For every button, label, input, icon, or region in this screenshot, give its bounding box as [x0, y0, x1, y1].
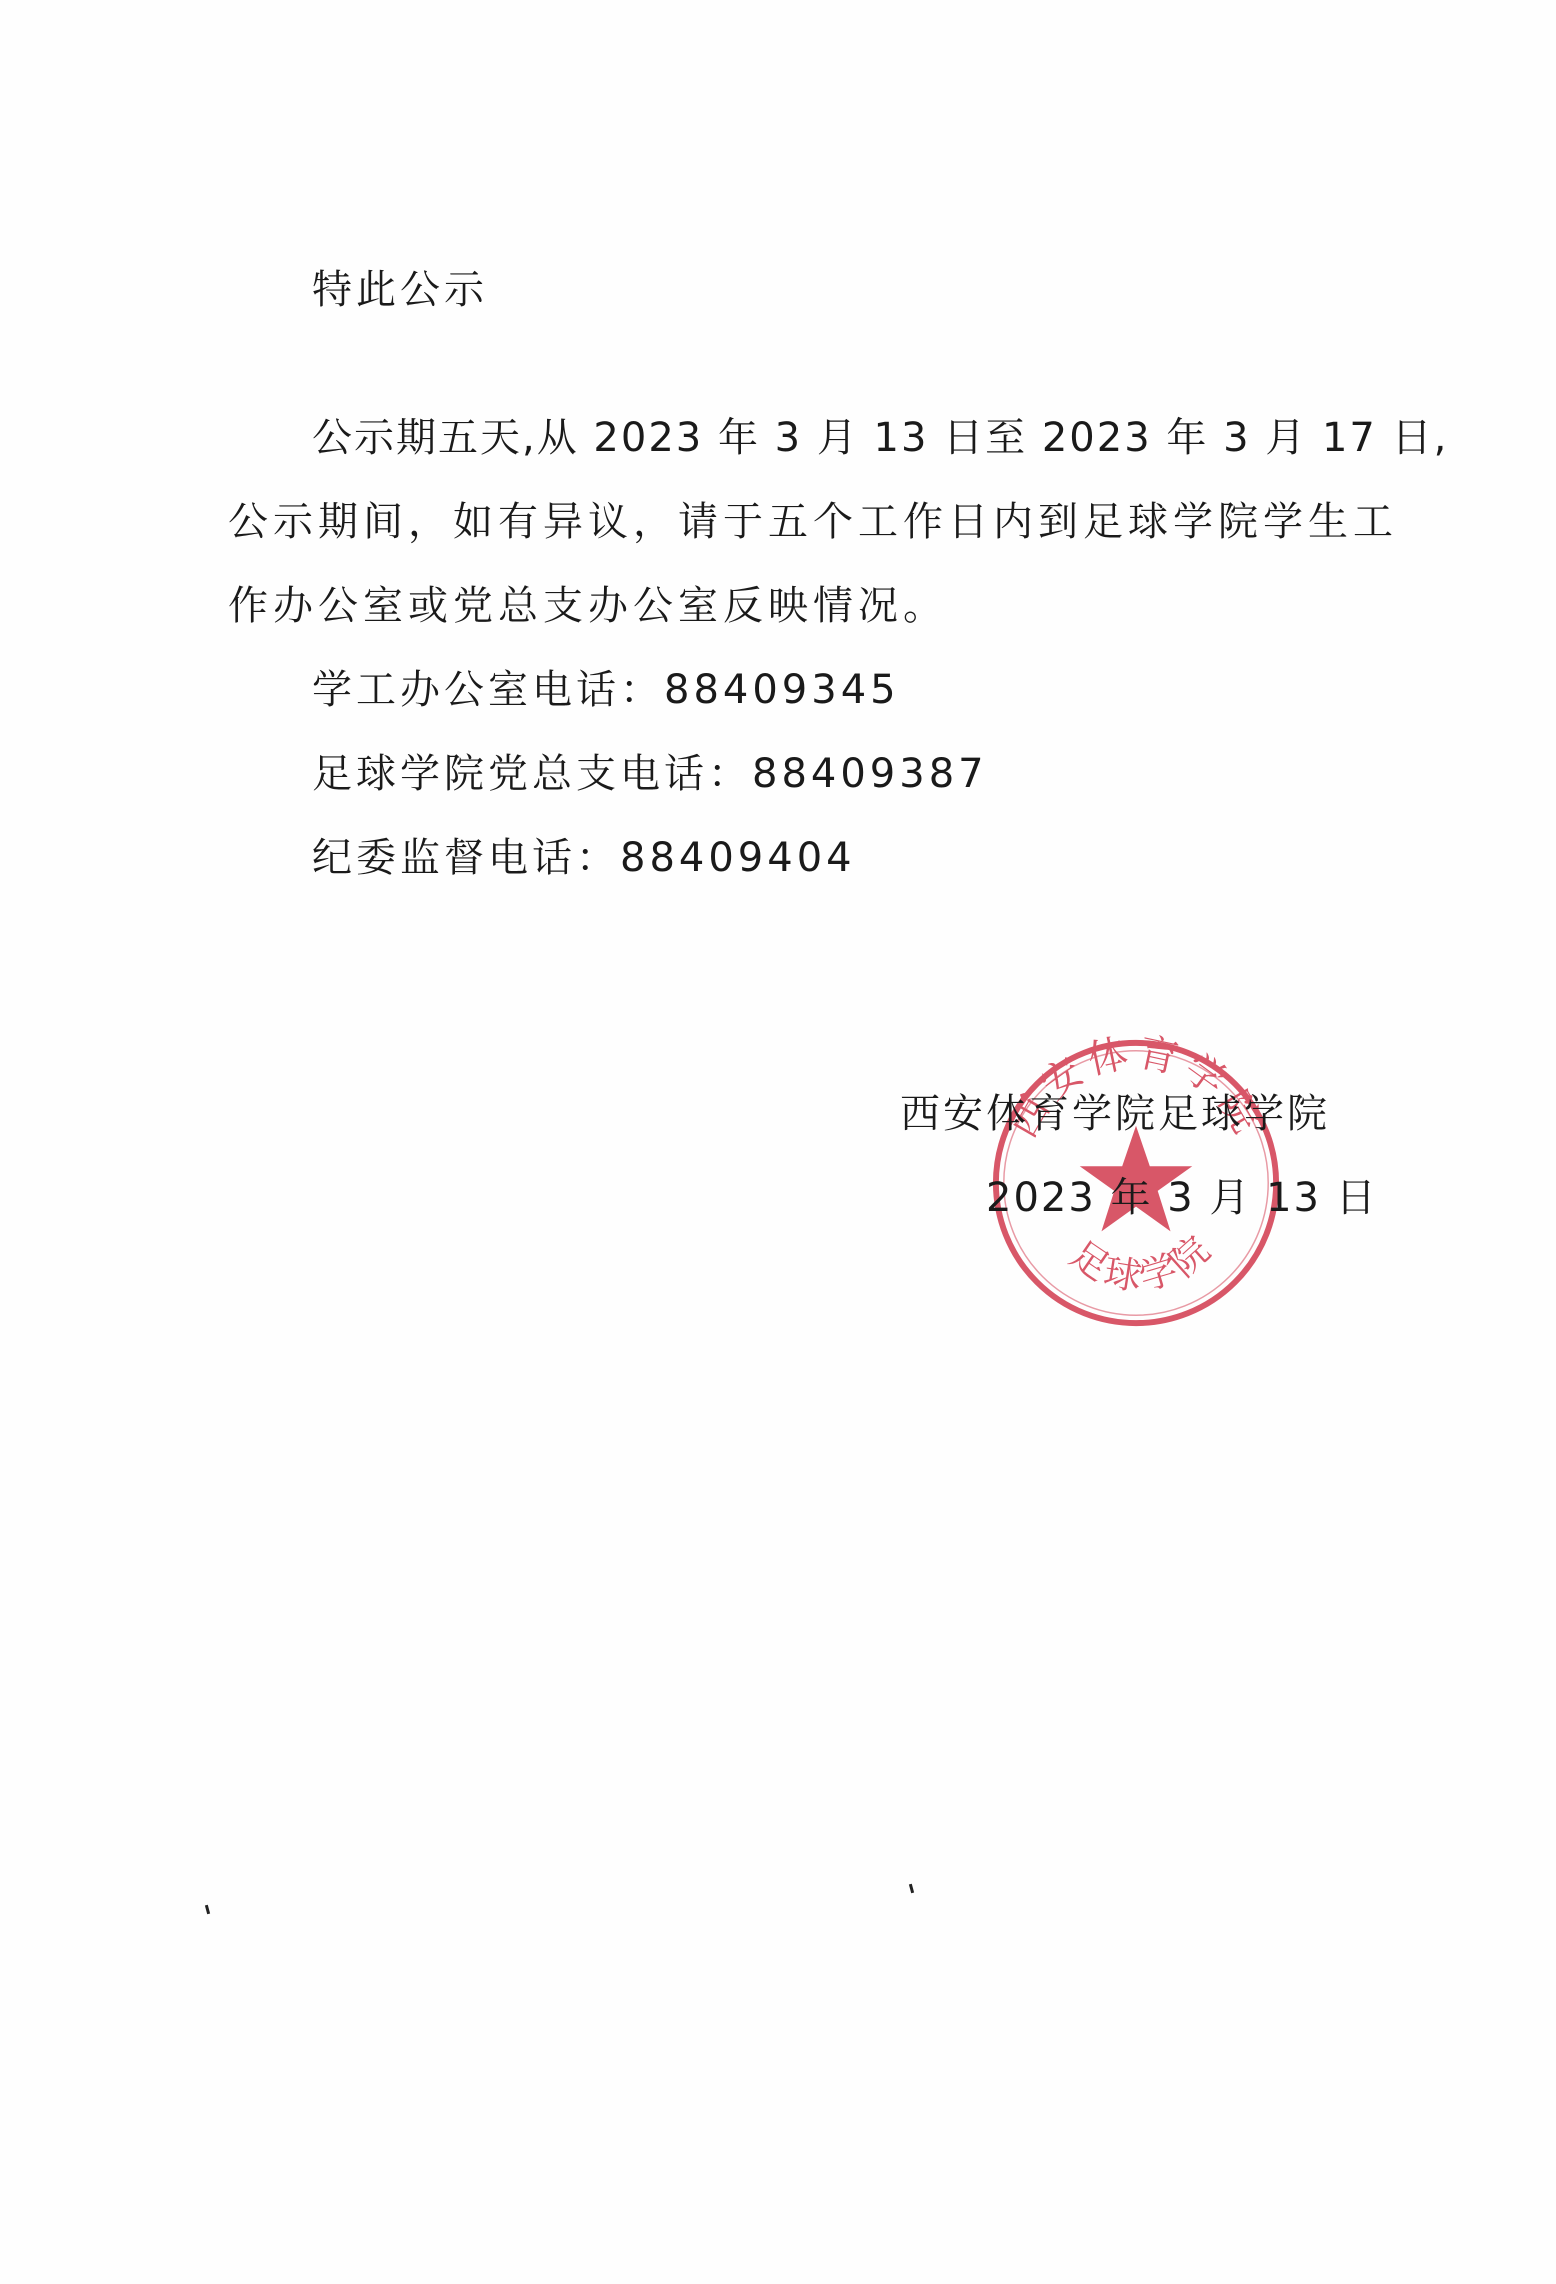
contact-number: 88409387 — [752, 751, 988, 797]
contact-number: 88409345 — [664, 667, 900, 713]
contact-discipline-inspection: 纪委监督电话：88409404 — [312, 838, 856, 878]
svg-text:足球学院: 足球学院 — [1062, 1225, 1221, 1300]
contact-student-affairs: 学工办公室电话：88409345 — [312, 670, 900, 710]
notice-line-1: 公示期五天,从 2023 年 3 月 13 日至 2023 年 3 月 17 日… — [312, 418, 1448, 458]
notice-line-2: 公示期间，如有异议，请于五个工作日内到足球学院学生工 — [228, 502, 1398, 542]
contact-party-branch: 足球学院党总支电话：88409387 — [312, 754, 988, 794]
signature-date: 2023 年 3 月 13 日 — [986, 1178, 1378, 1218]
document-page: 特此公示 公示期五天,从 2023 年 3 月 13 日至 2023 年 3 月… — [0, 0, 1556, 2284]
signature-organization: 西安体育学院足球学院 — [900, 1094, 1330, 1134]
contact-label: 足球学院党总支电话： — [312, 751, 752, 797]
notice-line-3: 作办公室或党总支办公室反映情况。 — [228, 586, 948, 626]
contact-number: 88409404 — [620, 835, 856, 881]
scan-speck — [909, 1884, 914, 1893]
contact-label: 学工办公室电话： — [312, 667, 664, 713]
closing-text: 特此公示 — [312, 270, 488, 310]
scan-speck — [205, 1905, 210, 1914]
contact-label: 纪委监督电话： — [312, 835, 620, 881]
seal-bottom-text: 足球学院 — [1062, 1225, 1221, 1300]
